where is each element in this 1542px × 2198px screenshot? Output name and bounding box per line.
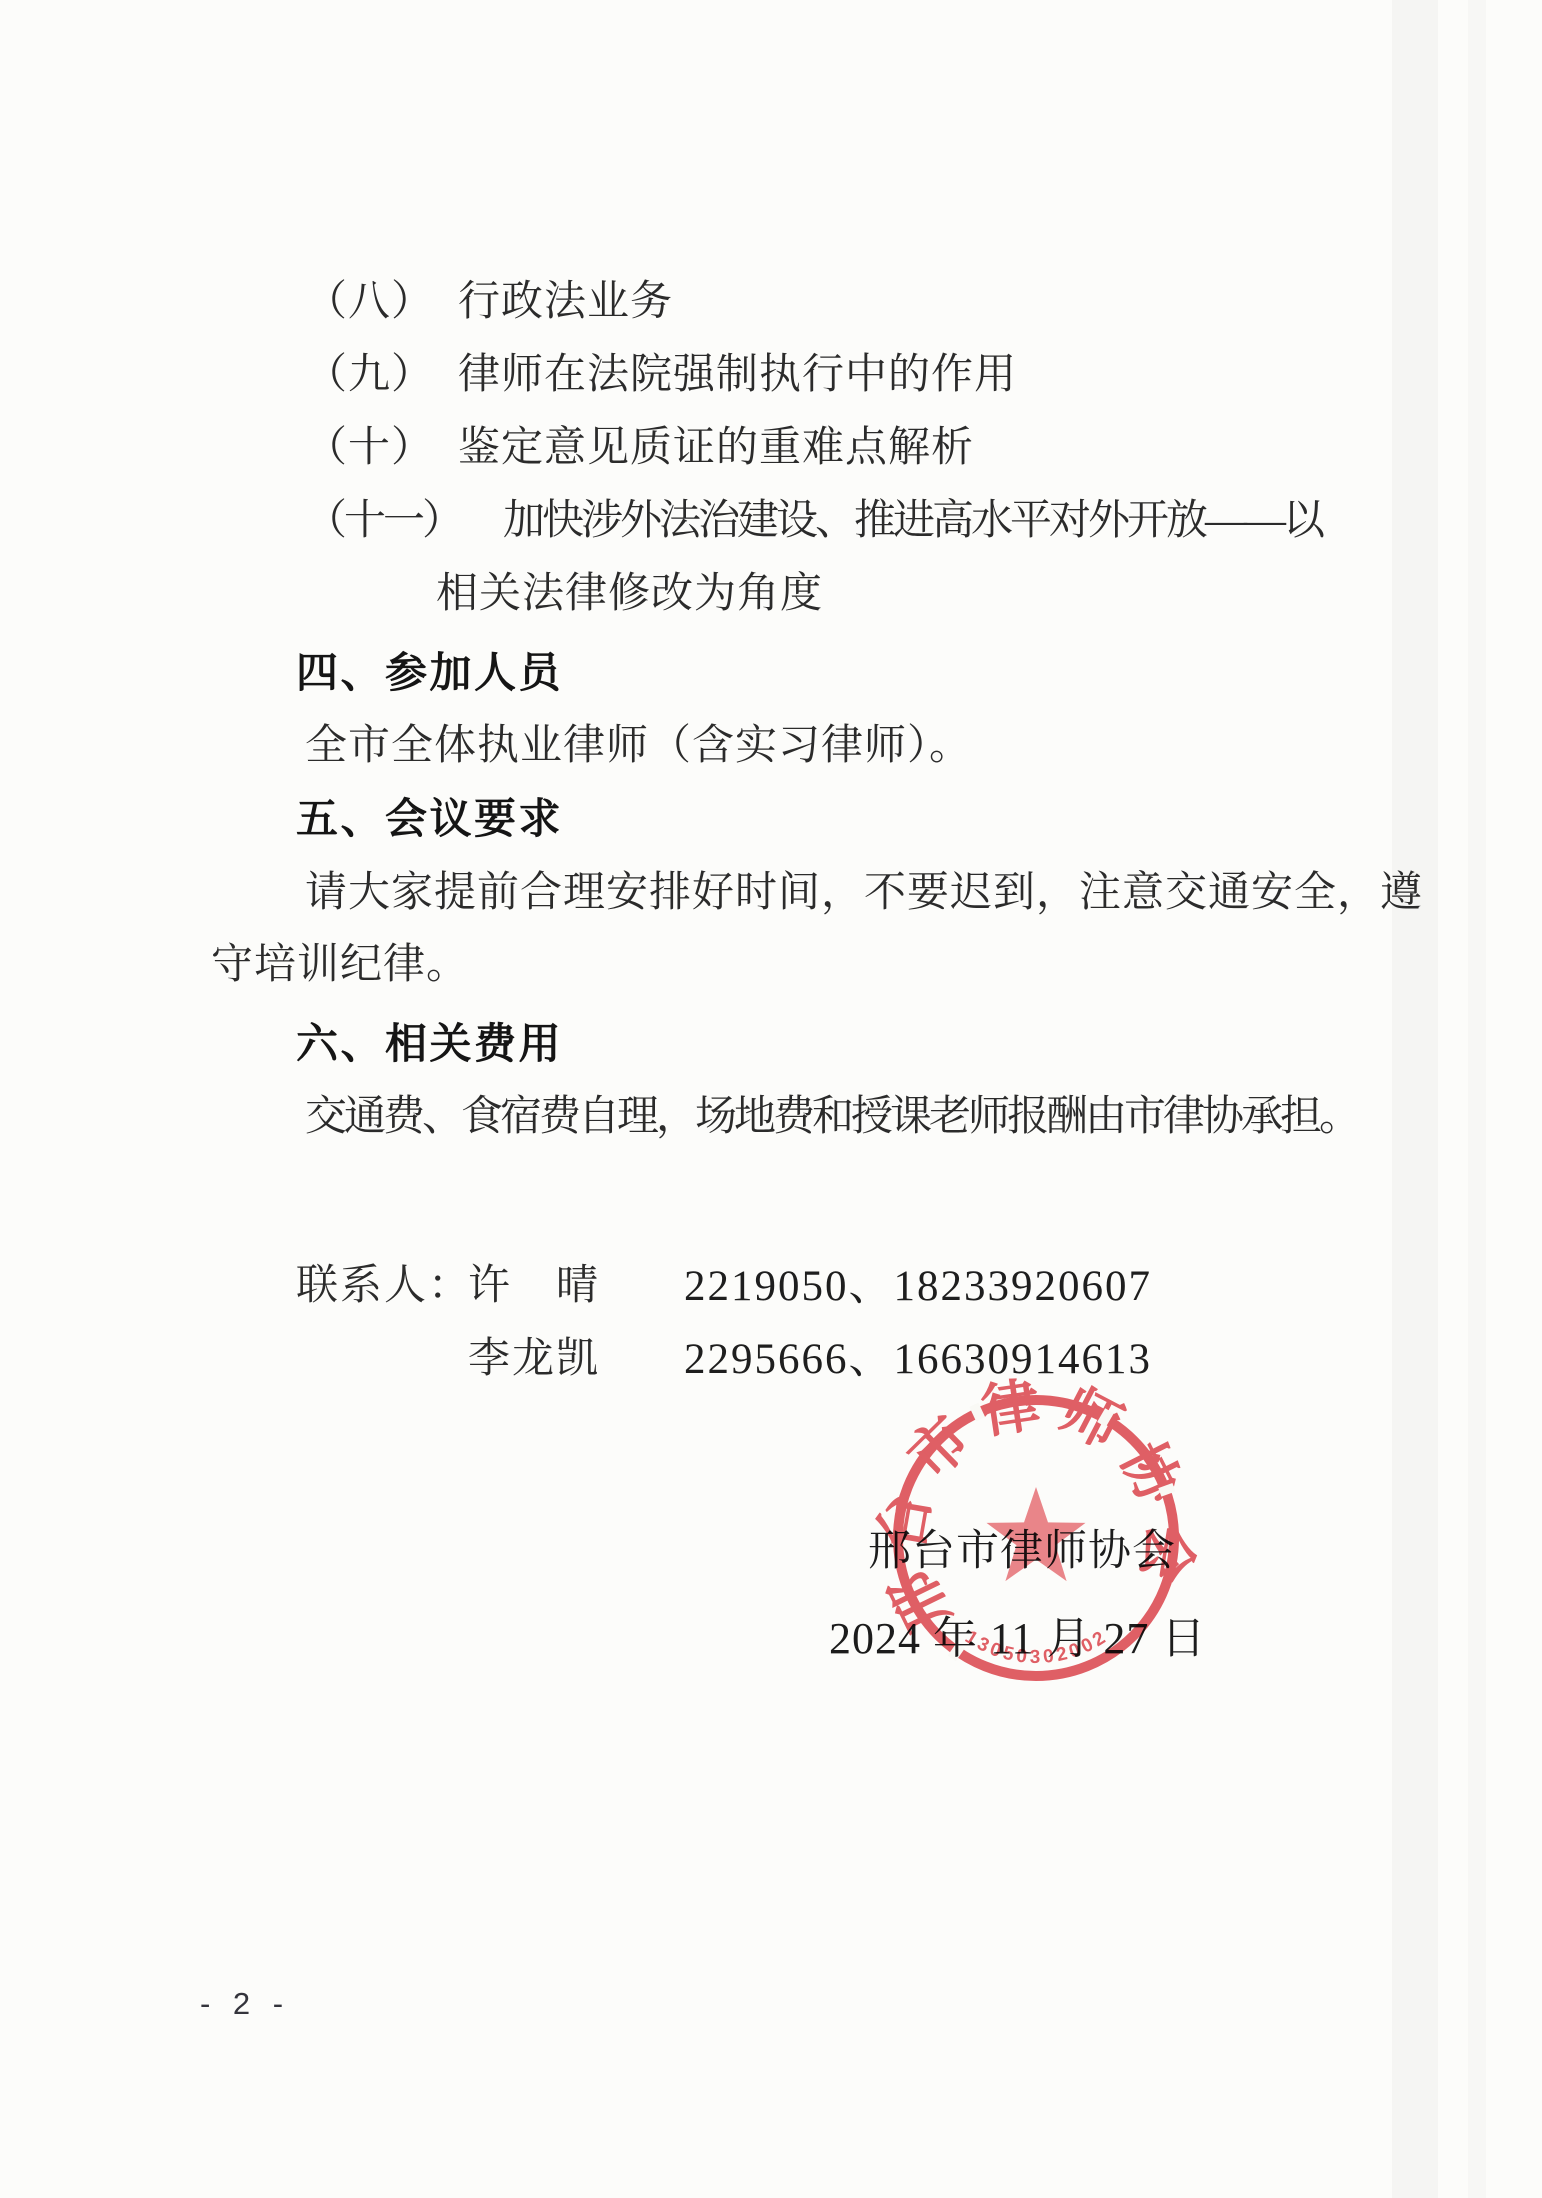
- scan-artifact-streak: [1468, 0, 1486, 2198]
- contact-name: 李龙凯: [468, 1325, 600, 1385]
- fees-body: 交通费、食宿费自理，场地费和授课老师报酬由市律协承担。: [305, 1093, 1358, 1141]
- agenda-number: （十）: [305, 425, 434, 471]
- agenda-text: 行政法业务: [458, 279, 673, 325]
- agenda-item-11-continuation: 相关法律修改为角度: [436, 570, 823, 618]
- agenda-text: 鉴定意见质证的重难点解析: [458, 425, 974, 471]
- agenda-item-9: （九）律师在法院强制执行中的作用: [305, 351, 1017, 399]
- section-heading-participants: 四、参加人员: [296, 649, 563, 697]
- contact-name: 许 晴: [468, 1252, 600, 1312]
- contact-row: 李龙凯 2295666、16630914613: [0, 1325, 1542, 1385]
- agenda-number: （九）: [305, 352, 434, 398]
- official-seal: 邢台市律师协会 1305030200226: [871, 1373, 1201, 1703]
- scan-artifact-streak: [1392, 0, 1438, 2198]
- section-heading-fees: 六、相关费用: [296, 1020, 563, 1068]
- seal-star: [987, 1487, 1086, 1581]
- contact-label: 联系人：: [296, 1252, 472, 1312]
- section-heading-requirements: 五、会议要求: [296, 795, 563, 843]
- agenda-text: 相关法律修改为角度: [436, 571, 823, 617]
- requirements-body-line1: 请大家提前合理安排好时间，不要迟到，注意交通安全，遵: [305, 869, 1423, 917]
- agenda-text: 加快涉外法治建设、推进高水平对外开放——以: [503, 498, 1322, 544]
- agenda-item-10: （十）鉴定意见质证的重难点解析: [305, 424, 974, 472]
- scanned-document-page: （八）行政法业务 （九）律师在法院强制执行中的作用 （十）鉴定意见质证的重难点解…: [0, 0, 1542, 2198]
- page-number: - 2 -: [200, 1986, 290, 2022]
- agenda-number: （八）: [305, 279, 434, 325]
- participants-body: 全市全体执业律师（含实习律师）。: [305, 722, 972, 770]
- requirements-body-line2: 守培训纪律。: [211, 941, 469, 989]
- contact-row: 联系人： 许 晴 2219050、18233920607: [0, 1252, 1542, 1312]
- contact-phones: 2219050、18233920607: [684, 1252, 1152, 1313]
- agenda-text: 律师在法院强制执行中的作用: [458, 352, 1017, 398]
- agenda-item-8: （八）行政法业务: [305, 278, 673, 326]
- agenda-number: （十一）: [305, 498, 461, 544]
- agenda-item-11: （十一）加快涉外法治建设、推进高水平对外开放——以: [305, 497, 1322, 545]
